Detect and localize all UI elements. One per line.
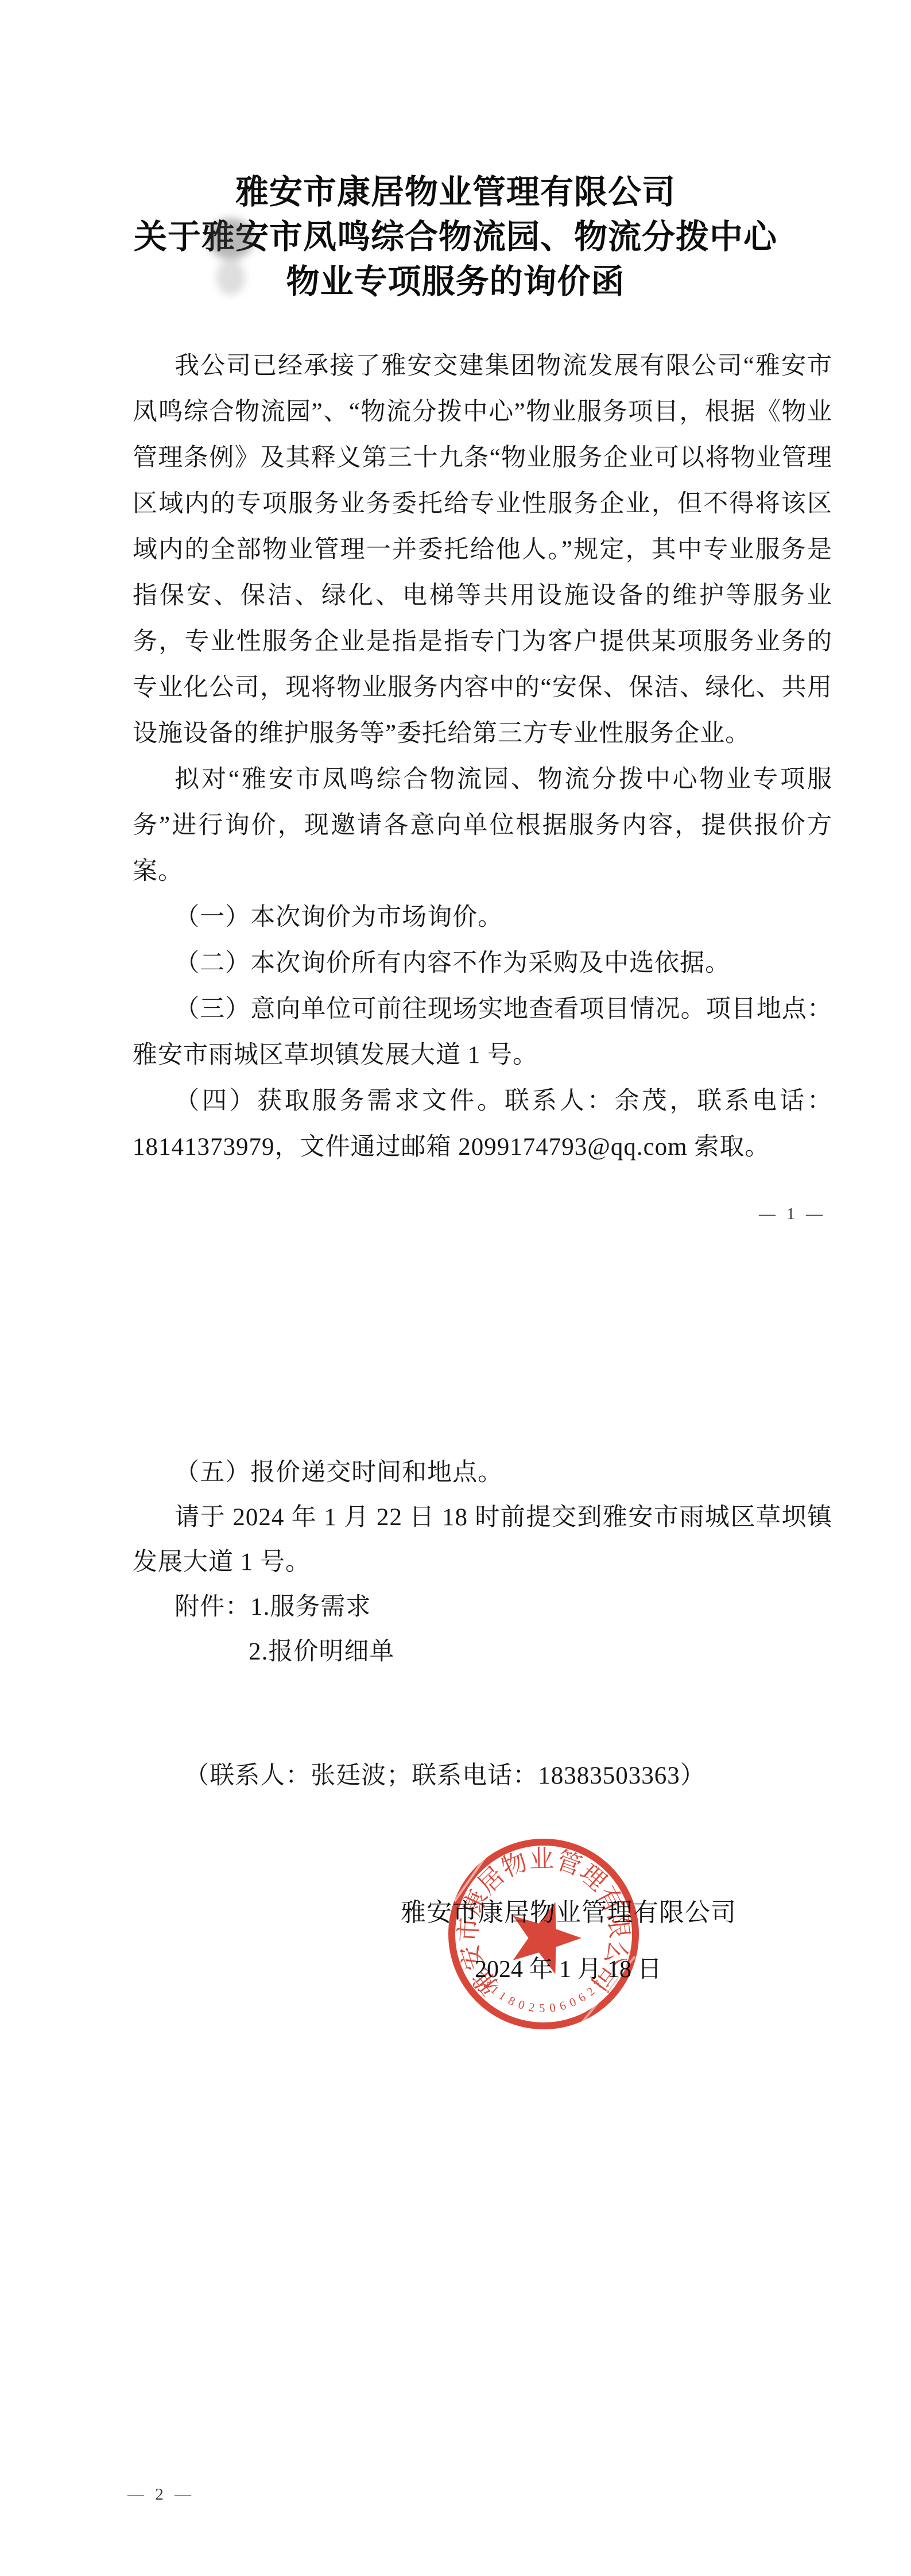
- title-line-3: 物业专项服务的询价函: [0, 260, 911, 304]
- scan-smudge: [208, 218, 254, 260]
- para-intro: 我公司已经承接了雅安交建集团物流发展有限公司“雅安市凤鸣综合物流园”、“物流分拨…: [133, 343, 832, 757]
- title-line-2: 关于雅安市凤鸣综合物流园、物流分拨中心: [0, 215, 911, 260]
- page2-body: （五）报价递交时间和地点。 请于 2024 年 1 月 22 日 18 时前提交…: [133, 1451, 832, 1674]
- seal-star-icon: [513, 1902, 582, 1974]
- item-one: （一）本次询价为市场询价。: [133, 895, 832, 941]
- item-two: （二）本次询价所有内容不作为采购及中选依据。: [133, 941, 832, 987]
- para-deadline: 请于 2024 年 1 月 22 日 18 时前提交到雅安市雨城区草坝镇发展大道…: [133, 1495, 832, 1585]
- page1-body: 我公司已经承接了雅安交建集团物流发展有限公司“雅安市凤鸣综合物流园”、“物流分拨…: [133, 343, 832, 1170]
- official-seal-stamp: 雅安市康居物业管理有限公司 3118025060627: [443, 1834, 644, 2035]
- attachment-line-1: 附件：1.服务需求: [133, 1585, 832, 1630]
- scanned-document: 雅安市康居物业管理有限公司 关于雅安市凤鸣综合物流园、物流分拨中心 物业专项服务…: [0, 0, 911, 2576]
- para-inquiry-invite: 拟对“雅安市凤鸣综合物流园、物流分拨中心物业专项服务”进行询价，现邀请各意向单位…: [133, 757, 832, 895]
- page-number-1: — 1 —: [759, 1205, 826, 1224]
- attachment-line-2: 2.报价明细单: [133, 1630, 832, 1674]
- item-five: （五）报价递交时间和地点。: [133, 1451, 832, 1495]
- document-title: 雅安市康居物业管理有限公司 关于雅安市凤鸣综合物流园、物流分拨中心 物业专项服务…: [0, 170, 911, 304]
- item-three: （三）意向单位可前往现场实地查看项目情况。项目地点：雅安市雨城区草坝镇发展大道 …: [133, 987, 832, 1078]
- contact-note: （联系人：张廷波；联系电话：18383503363）: [133, 1756, 832, 1791]
- item-four: （四）获取服务需求文件。联系人：余茂，联系电话：18141373979，文件通过…: [133, 1078, 832, 1170]
- scan-smudge: [216, 260, 245, 295]
- page-number-2: — 2 —: [127, 2485, 195, 2504]
- title-line-1: 雅安市康居物业管理有限公司: [0, 170, 911, 215]
